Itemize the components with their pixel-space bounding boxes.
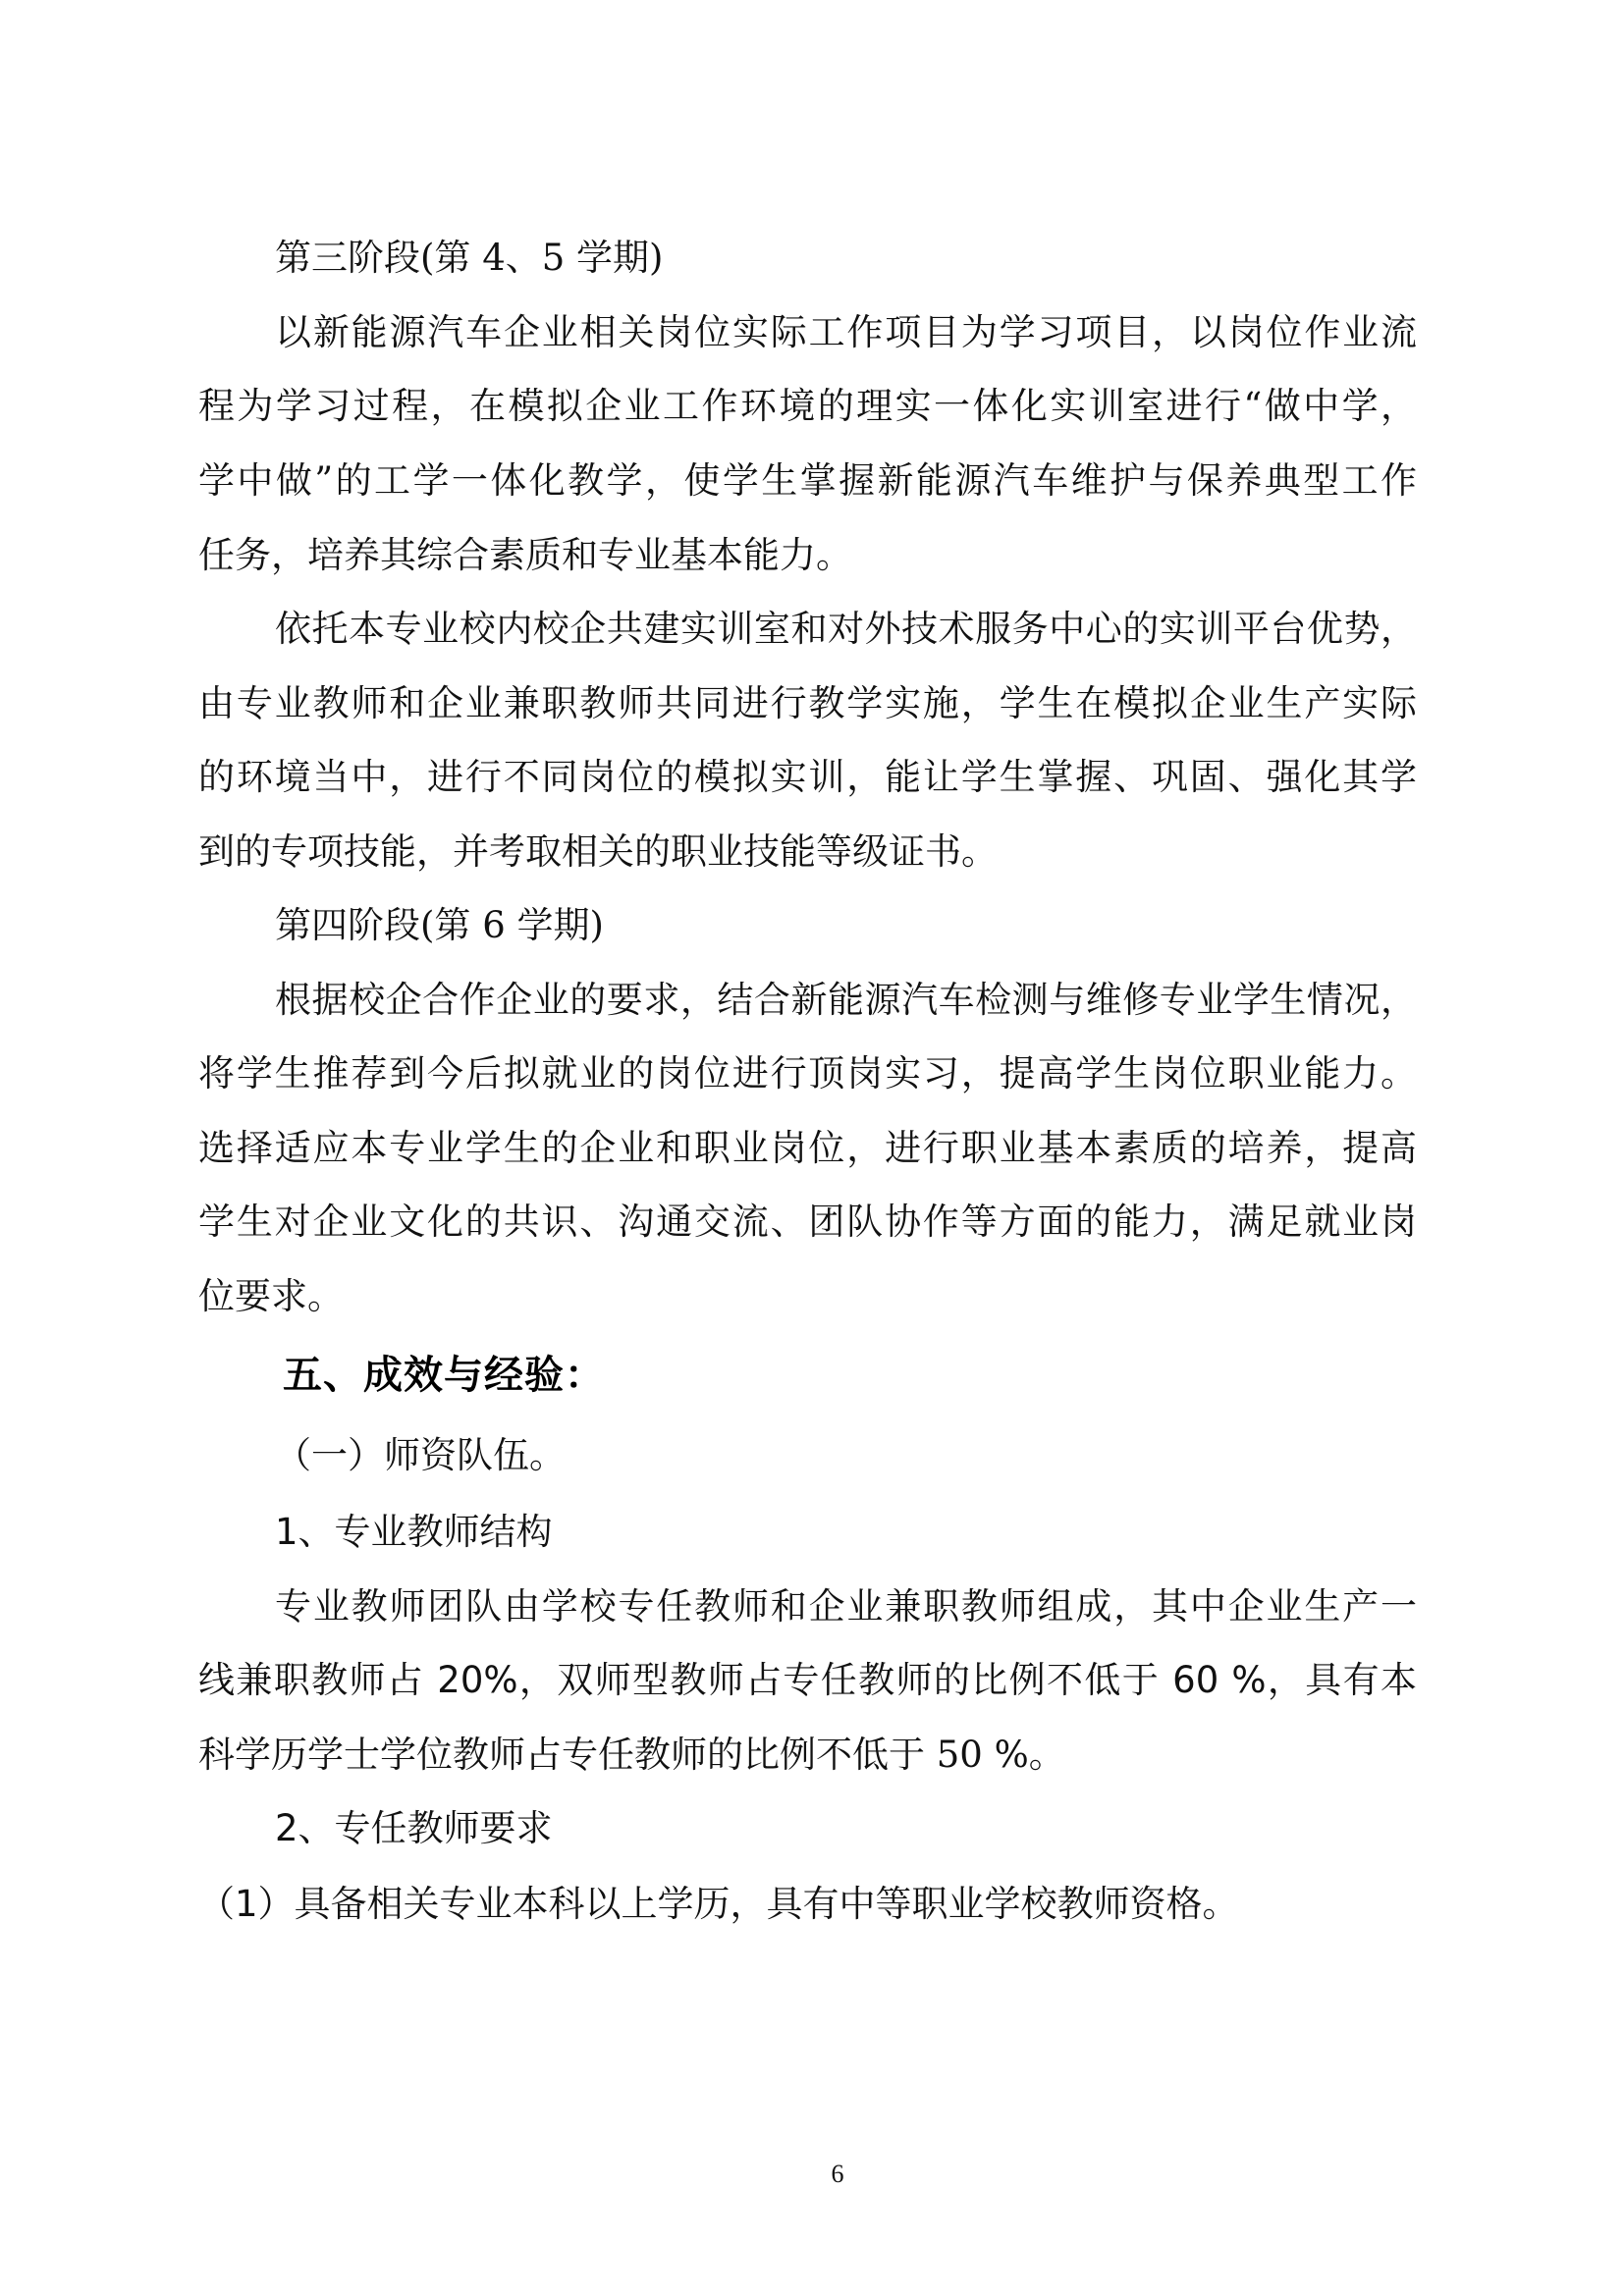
page-number: 6 [823, 2160, 852, 2189]
paragraph-line: 学中做”的工学一体化教学，使学生掌握新能源汽车维护与保养典型工作 [198, 461, 1417, 501]
requirement-line: （1）具备相关专业本科以上学历，具有中等职业学校教师资格。 [198, 1885, 1417, 1924]
paragraph-line: 由专业教师和企业兼职教师共同进行教学实施，学生在模拟企业生产实际 [198, 684, 1417, 723]
paragraph-line: 根据校企合作企业的要求，结合新能源汽车检测与维修专业学生情况， [198, 981, 1417, 1020]
section-heading: 五、成效与经验： [283, 1354, 605, 1397]
subsection-title: （一）师资队伍。 [198, 1436, 1417, 1475]
stage3-title: 第三阶段(第 4、5 学期) [198, 239, 1417, 278]
paragraph-line: 依托本专业校内校企共建实训室和对外技术服务中心的实训平台优势， [198, 610, 1417, 649]
paragraph-line: 学生对企业文化的共识、沟通交流、团队协作等方面的能力，满足就业岗 [198, 1202, 1417, 1242]
paragraph-line: 线兼职教师占 20%，双师型教师占专任教师的比例不低于 60 %，具有本 [198, 1661, 1417, 1700]
paragraph-line: 专业教师团队由学校专任教师和企业兼职教师组成，其中企业生产一 [198, 1587, 1417, 1627]
paragraph-line: 程为学习过程，在模拟企业工作环境的理实一体化实训室进行“做中学， [198, 387, 1417, 426]
document-page: 第三阶段(第 4、5 学期) 以新能源汽车企业相关岗位实际工作项目为学习项目，以… [0, 0, 1624, 2296]
item-title: 2、专任教师要求 [198, 1809, 1417, 1848]
paragraph-line: 的环境当中，进行不同岗位的模拟实训，能让学生掌握、巩固、强化其学 [198, 758, 1417, 797]
stage4-title: 第四阶段(第 6 学期) [198, 906, 1417, 945]
paragraph-line: 科学历学士学位教师占专任教师的比例不低于 50 %。 [198, 1735, 1417, 1775]
paragraph-line: 以新能源汽车企业相关岗位实际工作项目为学习项目，以岗位作业流 [198, 313, 1417, 352]
paragraph-line: 任务，培养其综合素质和专业基本能力。 [198, 536, 1417, 575]
paragraph-line: 将学生推荐到今后拟就业的岗位进行顶岗实习，提高学生岗位职业能力。 [198, 1054, 1417, 1094]
paragraph-line: 选择适应本专业学生的企业和职业岗位，进行职业基本素质的培养，提高 [198, 1129, 1417, 1168]
paragraph-line: 位要求。 [198, 1277, 1417, 1316]
item-title: 1、专业教师结构 [198, 1513, 1417, 1552]
paragraph-line: 到的专项技能，并考取相关的职业技能等级证书。 [198, 832, 1417, 872]
